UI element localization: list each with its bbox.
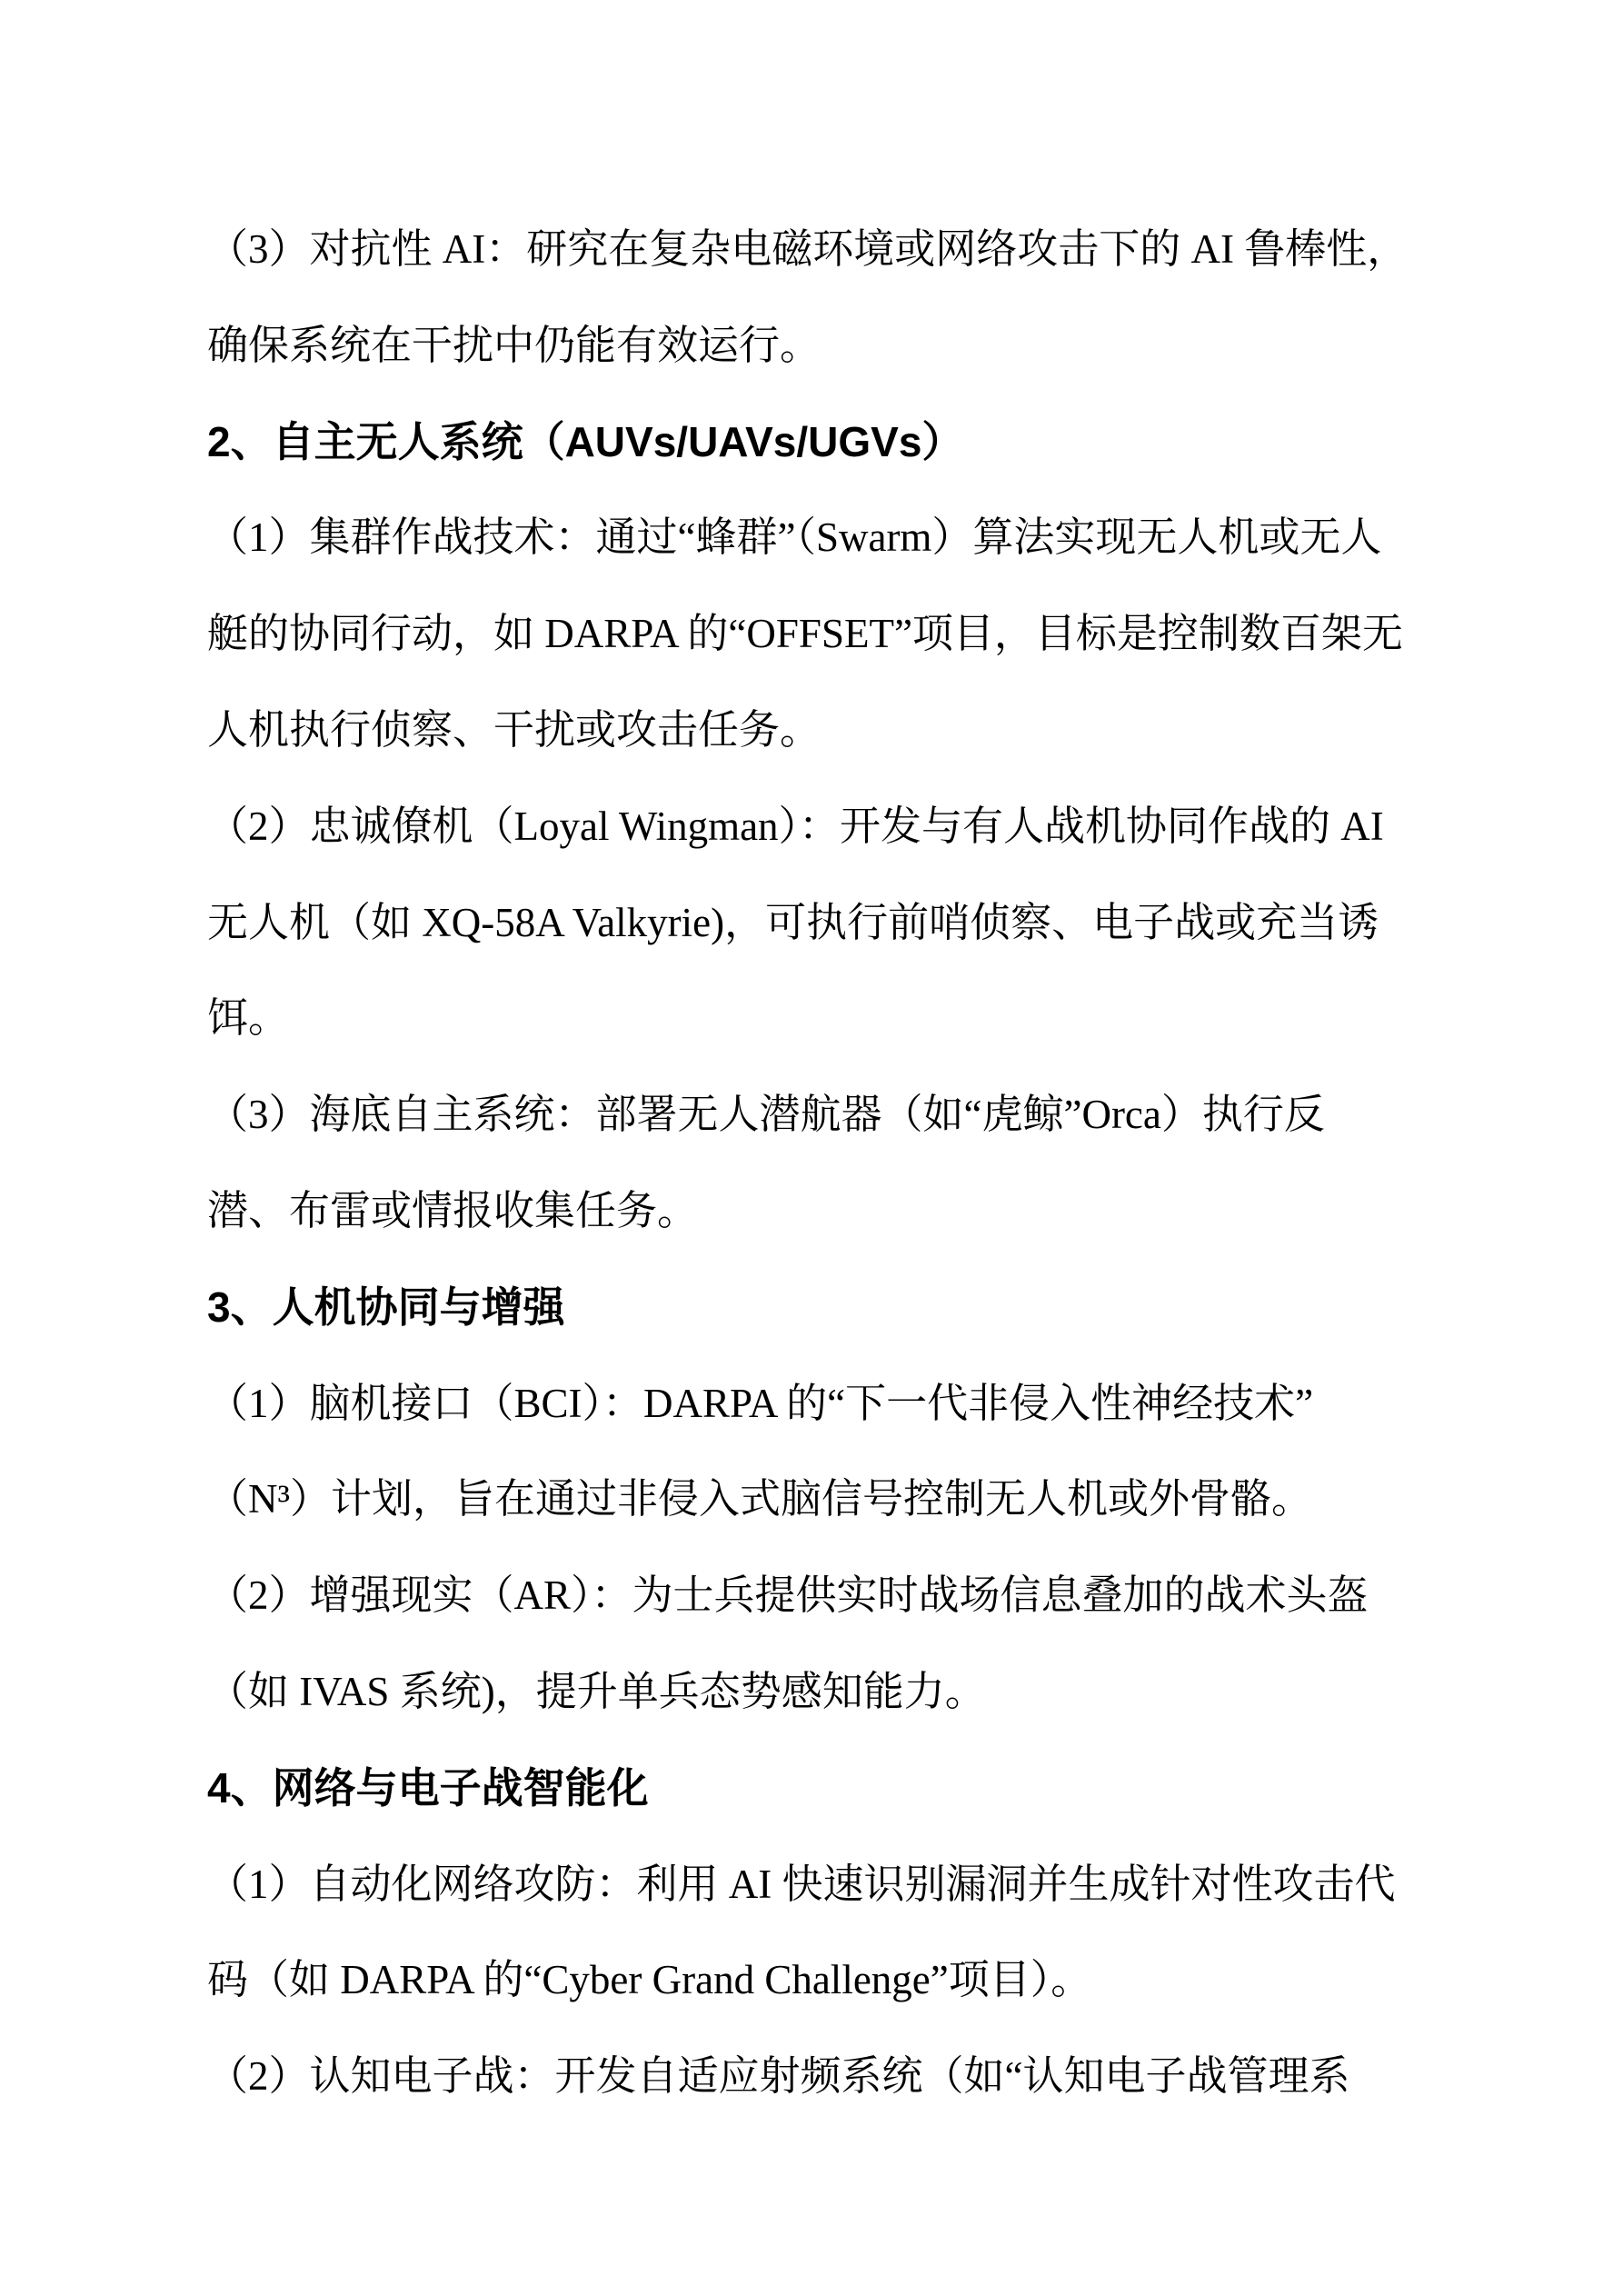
paragraph-line: （如 IVAS 系统)，提升单兵态势感知能力。 xyxy=(207,1644,1496,1741)
document-page: （3）对抗性 AI：研究在复杂电磁环境或网络攻击下的 AI 鲁棒性， 确保系统在… xyxy=(0,0,1623,2296)
paragraph-line: 潜、布雷或情报收集任务。 xyxy=(207,1163,1496,1260)
paragraph-line: （2）忠诚僚机（Loyal Wingman）：开发与有人战机协同作战的 AI xyxy=(207,779,1496,875)
section-heading-4: 4、网络与电子战智能化 xyxy=(207,1741,1496,1837)
paragraph-line: （1）脑机接口（BCI）：DARPA 的“下一代非侵入性神经技术” xyxy=(207,1356,1496,1452)
paragraph-line: （3）对抗性 AI：研究在复杂电磁环境或网络攻击下的 AI 鲁棒性， xyxy=(207,202,1496,298)
paragraph-line: （3）海底自主系统：部署无人潜航器（如“虎鲸”Orca）执行反 xyxy=(207,1067,1496,1163)
paragraph-line: 无人机（如 XQ-58A Valkyrie)，可执行前哨侦察、电子战或充当诱 xyxy=(207,875,1496,972)
section-heading-3: 3、人机协同与增强 xyxy=(207,1260,1496,1356)
paragraph-line: （N³）计划，旨在通过非侵入式脑信号控制无人机或外骨骼。 xyxy=(207,1452,1496,1548)
paragraph-line: （1）集群作战技术：通过“蜂群”（Swarm）算法实现无人机或无人 xyxy=(207,490,1496,586)
paragraph-line: 码（如 DARPA 的“Cyber Grand Challenge”项目）。 xyxy=(207,1932,1496,2029)
paragraph-line: （1）自动化网络攻防：利用 AI 快速识别漏洞并生成针对性攻击代 xyxy=(207,1837,1496,1933)
section-heading-2: 2、自主无人系统（AUVs/UAVs/UGVs） xyxy=(207,394,1496,491)
paragraph-line: 确保系统在干扰中仍能有效运行。 xyxy=(207,298,1496,394)
paragraph-line: （2）增强现实（AR）：为士兵提供实时战场信息叠加的战术头盔 xyxy=(207,1548,1496,1644)
paragraph-line: 饵。 xyxy=(207,971,1496,1067)
paragraph-line: （2）认知电子战：开发自适应射频系统（如“认知电子战管理系 xyxy=(207,2029,1496,2125)
paragraph-line: 艇的协同行动，如 DARPA 的“OFFSET”项目，目标是控制数百架无 xyxy=(207,586,1496,683)
paragraph-line: 人机执行侦察、干扰或攻击任务。 xyxy=(207,683,1496,779)
